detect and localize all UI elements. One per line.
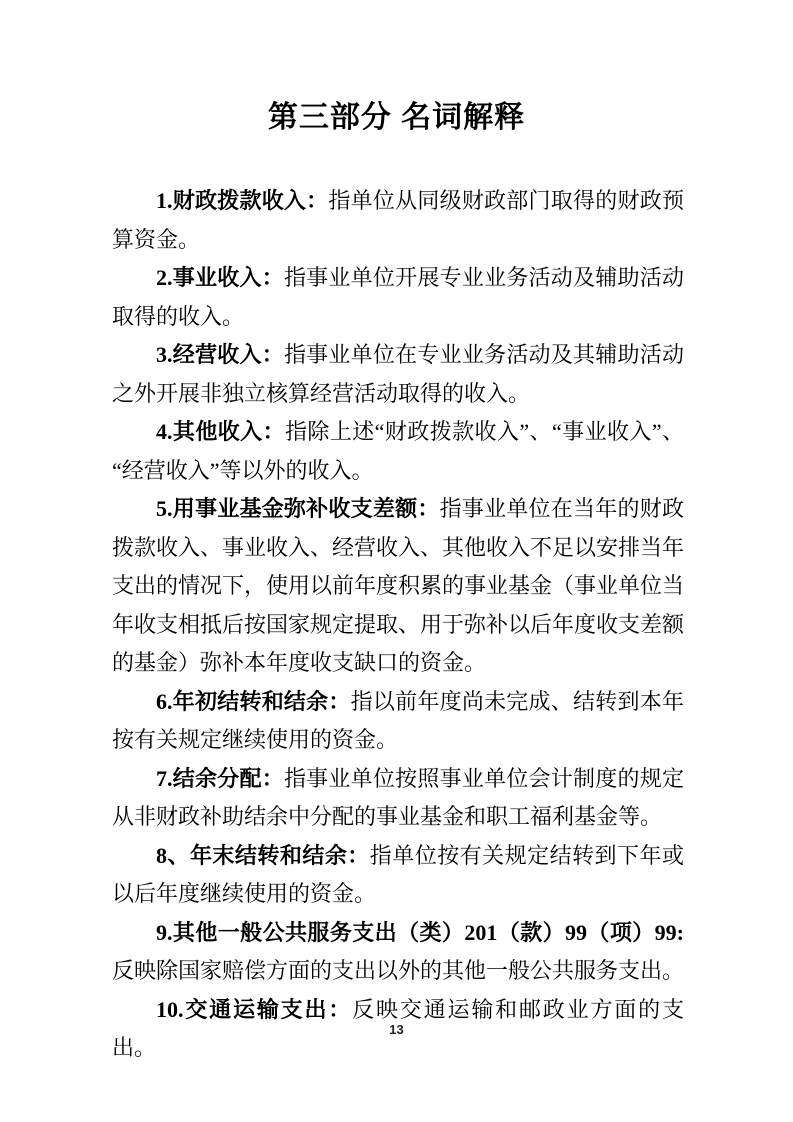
term-label: 1.财政拨款收入： [156, 188, 328, 213]
term-label: 4.其他收入： [156, 419, 285, 444]
term-label: 10.交通运输支出： [156, 997, 352, 1022]
term-label: 2.事业收入： [156, 265, 284, 290]
term-item-1: 1.财政拨款收入：指单位从同级财政部门取得的财政预算资金。 [112, 182, 684, 259]
term-item-5: 5.用事业基金弥补收支差额：指事业单位在当年的财政拨款收入、事业收入、经营收入、… [112, 490, 684, 683]
term-item-3: 3.经营收入：指事业单位在专业业务活动及其辅助活动之外开展非独立核算经营活动取得… [112, 336, 684, 413]
term-item-7: 7.结余分配：指事业单位按照事业单位会计制度的规定从非财政补助结余中分配的事业基… [112, 760, 684, 837]
term-definition: 反映除国家赔偿方面的支出以外的其他一般公共服务支出。 [112, 958, 684, 983]
term-label: 5.用事业基金弥补收支差额： [156, 496, 440, 521]
term-item-4: 4.其他收入：指除上述“财政拨款收入”、“事业收入”、“经营收入”等以外的收入。 [112, 413, 684, 490]
document-page: 第三部分 名词解释 1.财政拨款收入：指单位从同级财政部门取得的财政预算资金。 … [0, 0, 793, 1122]
page-title: 第三部分 名词解释 [0, 0, 793, 140]
term-item-6: 6.年初结转和结余：指以前年度尚未完成、结转到本年按有关规定继续使用的资金。 [112, 683, 684, 760]
term-label: 3.经营收入： [156, 342, 284, 367]
term-label: 7.结余分配： [156, 766, 284, 791]
term-item-8: 8、年末结转和结余：指单位按有关规定结转到下年或以后年度继续使用的资金。 [112, 837, 684, 914]
term-item-9: 9.其他一般公共服务支出（类）201（款）99（项）99:反映除国家赔偿方面的支… [112, 914, 684, 991]
page-number: 13 [0, 1022, 793, 1037]
term-definition: 指事业单位在当年的财政拨款收入、事业收入、经营收入、其他收入不足以安排当年支出的… [112, 496, 684, 675]
term-item-2: 2.事业收入：指事业单位开展专业业务活动及辅助活动取得的收入。 [112, 259, 684, 336]
term-label: 6.年初结转和结余： [156, 689, 351, 714]
term-label: 9.其他一般公共服务支出（类）201（款）99（项）99: [156, 920, 684, 945]
glossary-body: 1.财政拨款收入：指单位从同级财政部门取得的财政预算资金。 2.事业收入：指事业… [112, 182, 684, 1068]
term-label: 8、年末结转和结余： [156, 843, 370, 868]
